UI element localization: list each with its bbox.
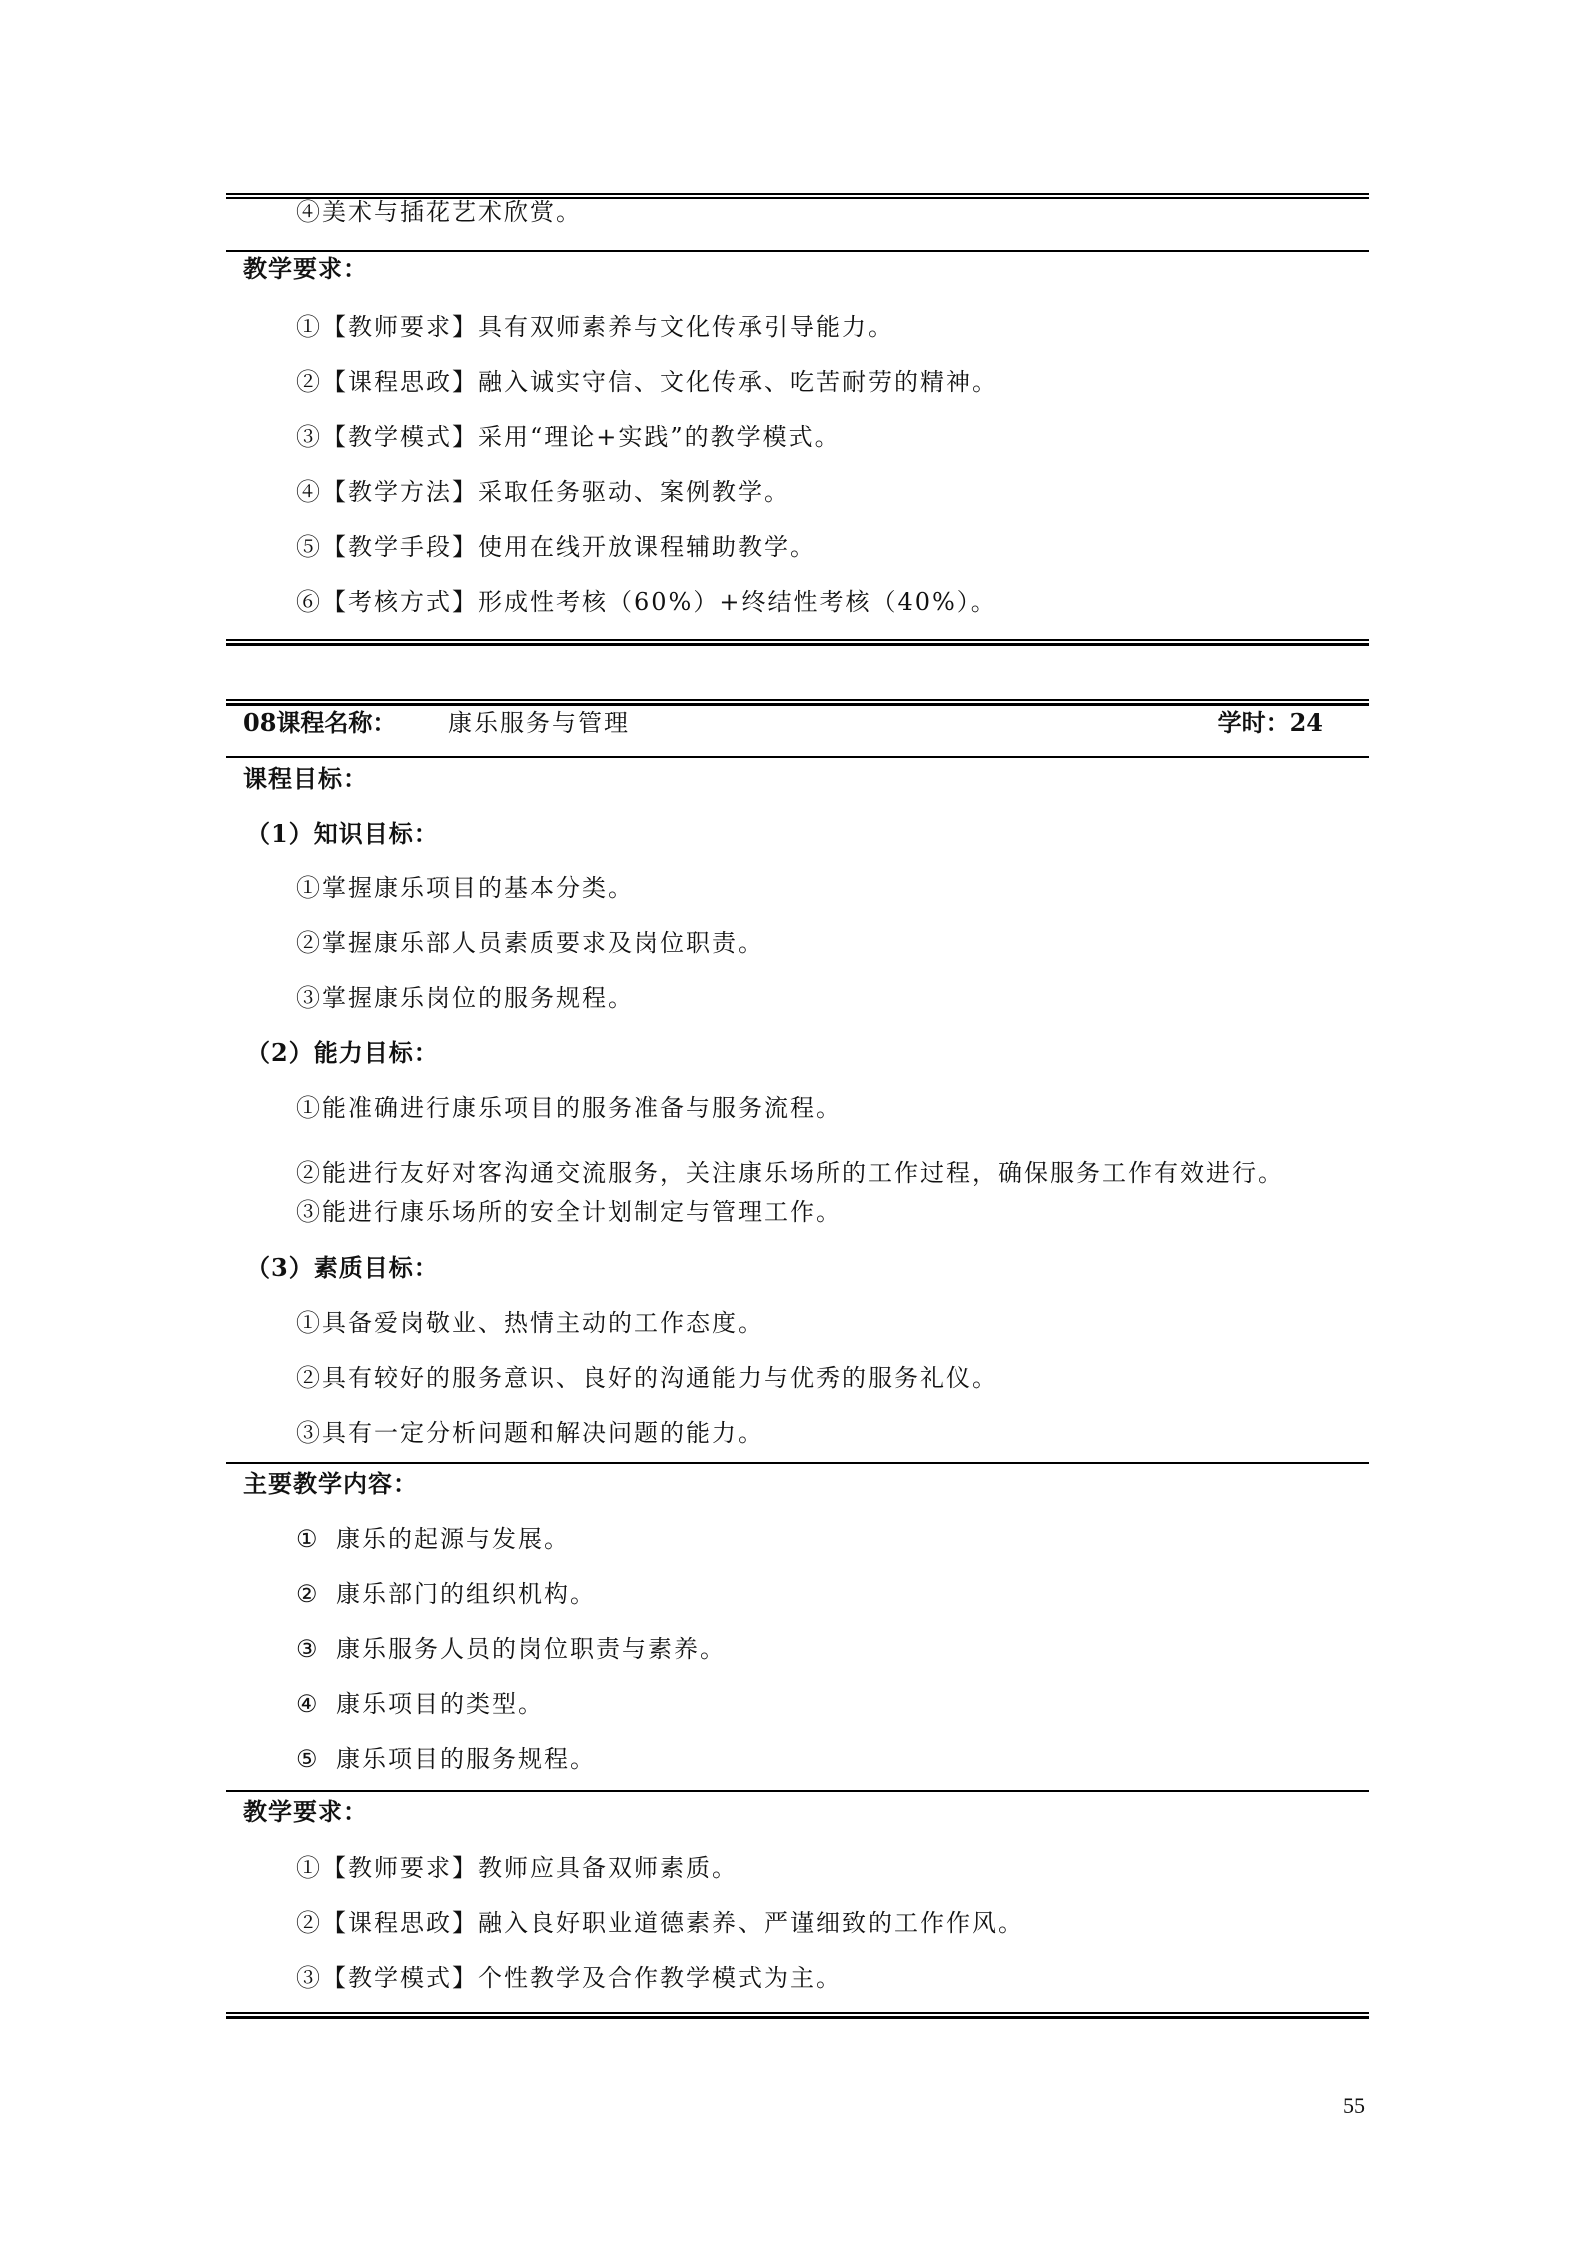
quality-objectives-title: （3）素质目标：	[246, 1252, 439, 1284]
table-bottom-rule	[226, 2012, 1369, 2019]
section-divider	[226, 1462, 1369, 1464]
requirement-item: ①【教师要求】教师应具备双师素质。	[296, 1852, 738, 1884]
requirement-item: ②【课程思政】融入良好职业道德素养、严谨细致的工作作风。	[296, 1907, 1024, 1939]
item-number: ④	[296, 1688, 336, 1720]
table-top-rule	[226, 699, 1369, 706]
main-content-heading: 主要教学内容：	[243, 1468, 418, 1500]
page-number: 55	[1343, 2092, 1365, 2120]
course-name-label: 08课程名称：	[243, 706, 396, 740]
content-item: ①康乐的起源与发展。	[296, 1523, 570, 1555]
knowledge-objectives-title: （1）知识目标：	[246, 818, 439, 850]
requirement-item: ⑤【教学手段】使用在线开放课程辅助教学。	[296, 531, 816, 563]
document-page: ④美术与插花艺术欣赏。 教学要求： ①【教师要求】具有双师素养与文化传承引导能力…	[0, 0, 1587, 2245]
course-header-row: 08课程名称： 康乐服务与管理 学时：24	[243, 706, 1323, 740]
objective-item: ③能进行康乐场所的安全计划制定与管理工作。	[296, 1196, 842, 1228]
teaching-requirements-heading: 教学要求：	[243, 253, 368, 285]
item-text: 康乐项目的类型。	[336, 1690, 544, 1718]
section-divider	[226, 1790, 1369, 1792]
course-hours: 学时：24	[1218, 706, 1323, 740]
objective-item: ①能准确进行康乐项目的服务准备与服务流程。	[296, 1092, 842, 1124]
item-number: ③	[296, 1633, 336, 1665]
objective-item: ③掌握康乐岗位的服务规程。	[296, 982, 634, 1014]
course-objectives-heading: 课程目标：	[243, 763, 368, 795]
section-divider	[226, 756, 1369, 758]
table-bottom-rule	[226, 639, 1369, 646]
requirement-item: ③【教学模式】采用“理论+实践”的教学模式。	[296, 421, 841, 453]
requirement-item: ④【教学方法】采取任务驱动、案例教学。	[296, 476, 790, 508]
requirement-item: ②【课程思政】融入诚实守信、文化传承、吃苦耐劳的精神。	[296, 366, 998, 398]
content-item: ④美术与插花艺术欣赏。	[296, 196, 582, 228]
item-text: 康乐的起源与发展。	[336, 1525, 570, 1553]
item-text: 康乐项目的服务规程。	[336, 1745, 596, 1773]
requirement-item: ⑥【考核方式】形成性考核（60%）+终结性考核（40%）。	[296, 586, 997, 618]
teaching-requirements-heading: 教学要求：	[243, 1796, 368, 1828]
objective-item: ②能进行友好对客沟通交流服务，关注康乐场所的工作过程，确保服务工作有效进行。	[296, 1157, 1284, 1189]
objective-item: ③具有一定分析问题和解决问题的能力。	[296, 1417, 764, 1449]
objective-item: ②具有较好的服务意识、良好的沟通能力与优秀的服务礼仪。	[296, 1362, 998, 1394]
requirement-item: ①【教师要求】具有双师素养与文化传承引导能力。	[296, 311, 894, 343]
requirement-item: ③【教学模式】个性教学及合作教学模式为主。	[296, 1962, 842, 1994]
objective-item: ①具备爱岗敬业、热情主动的工作态度。	[296, 1307, 764, 1339]
item-text: 康乐部门的组织机构。	[336, 1580, 596, 1608]
item-number: ②	[296, 1578, 336, 1610]
content-item: ②康乐部门的组织机构。	[296, 1578, 596, 1610]
content-item: ③康乐服务人员的岗位职责与素养。	[296, 1633, 726, 1665]
item-number: ①	[296, 1523, 336, 1555]
objective-item: ①掌握康乐项目的基本分类。	[296, 872, 634, 904]
content-item: ④康乐项目的类型。	[296, 1688, 544, 1720]
ability-objectives-title: （2）能力目标：	[246, 1037, 439, 1069]
course-name: 康乐服务与管理	[448, 706, 630, 740]
item-number: ⑤	[296, 1743, 336, 1775]
content-item: ⑤康乐项目的服务规程。	[296, 1743, 596, 1775]
objective-item: ②掌握康乐部人员素质要求及岗位职责。	[296, 927, 764, 959]
item-text: 康乐服务人员的岗位职责与素养。	[336, 1635, 726, 1663]
section-divider	[226, 250, 1369, 252]
